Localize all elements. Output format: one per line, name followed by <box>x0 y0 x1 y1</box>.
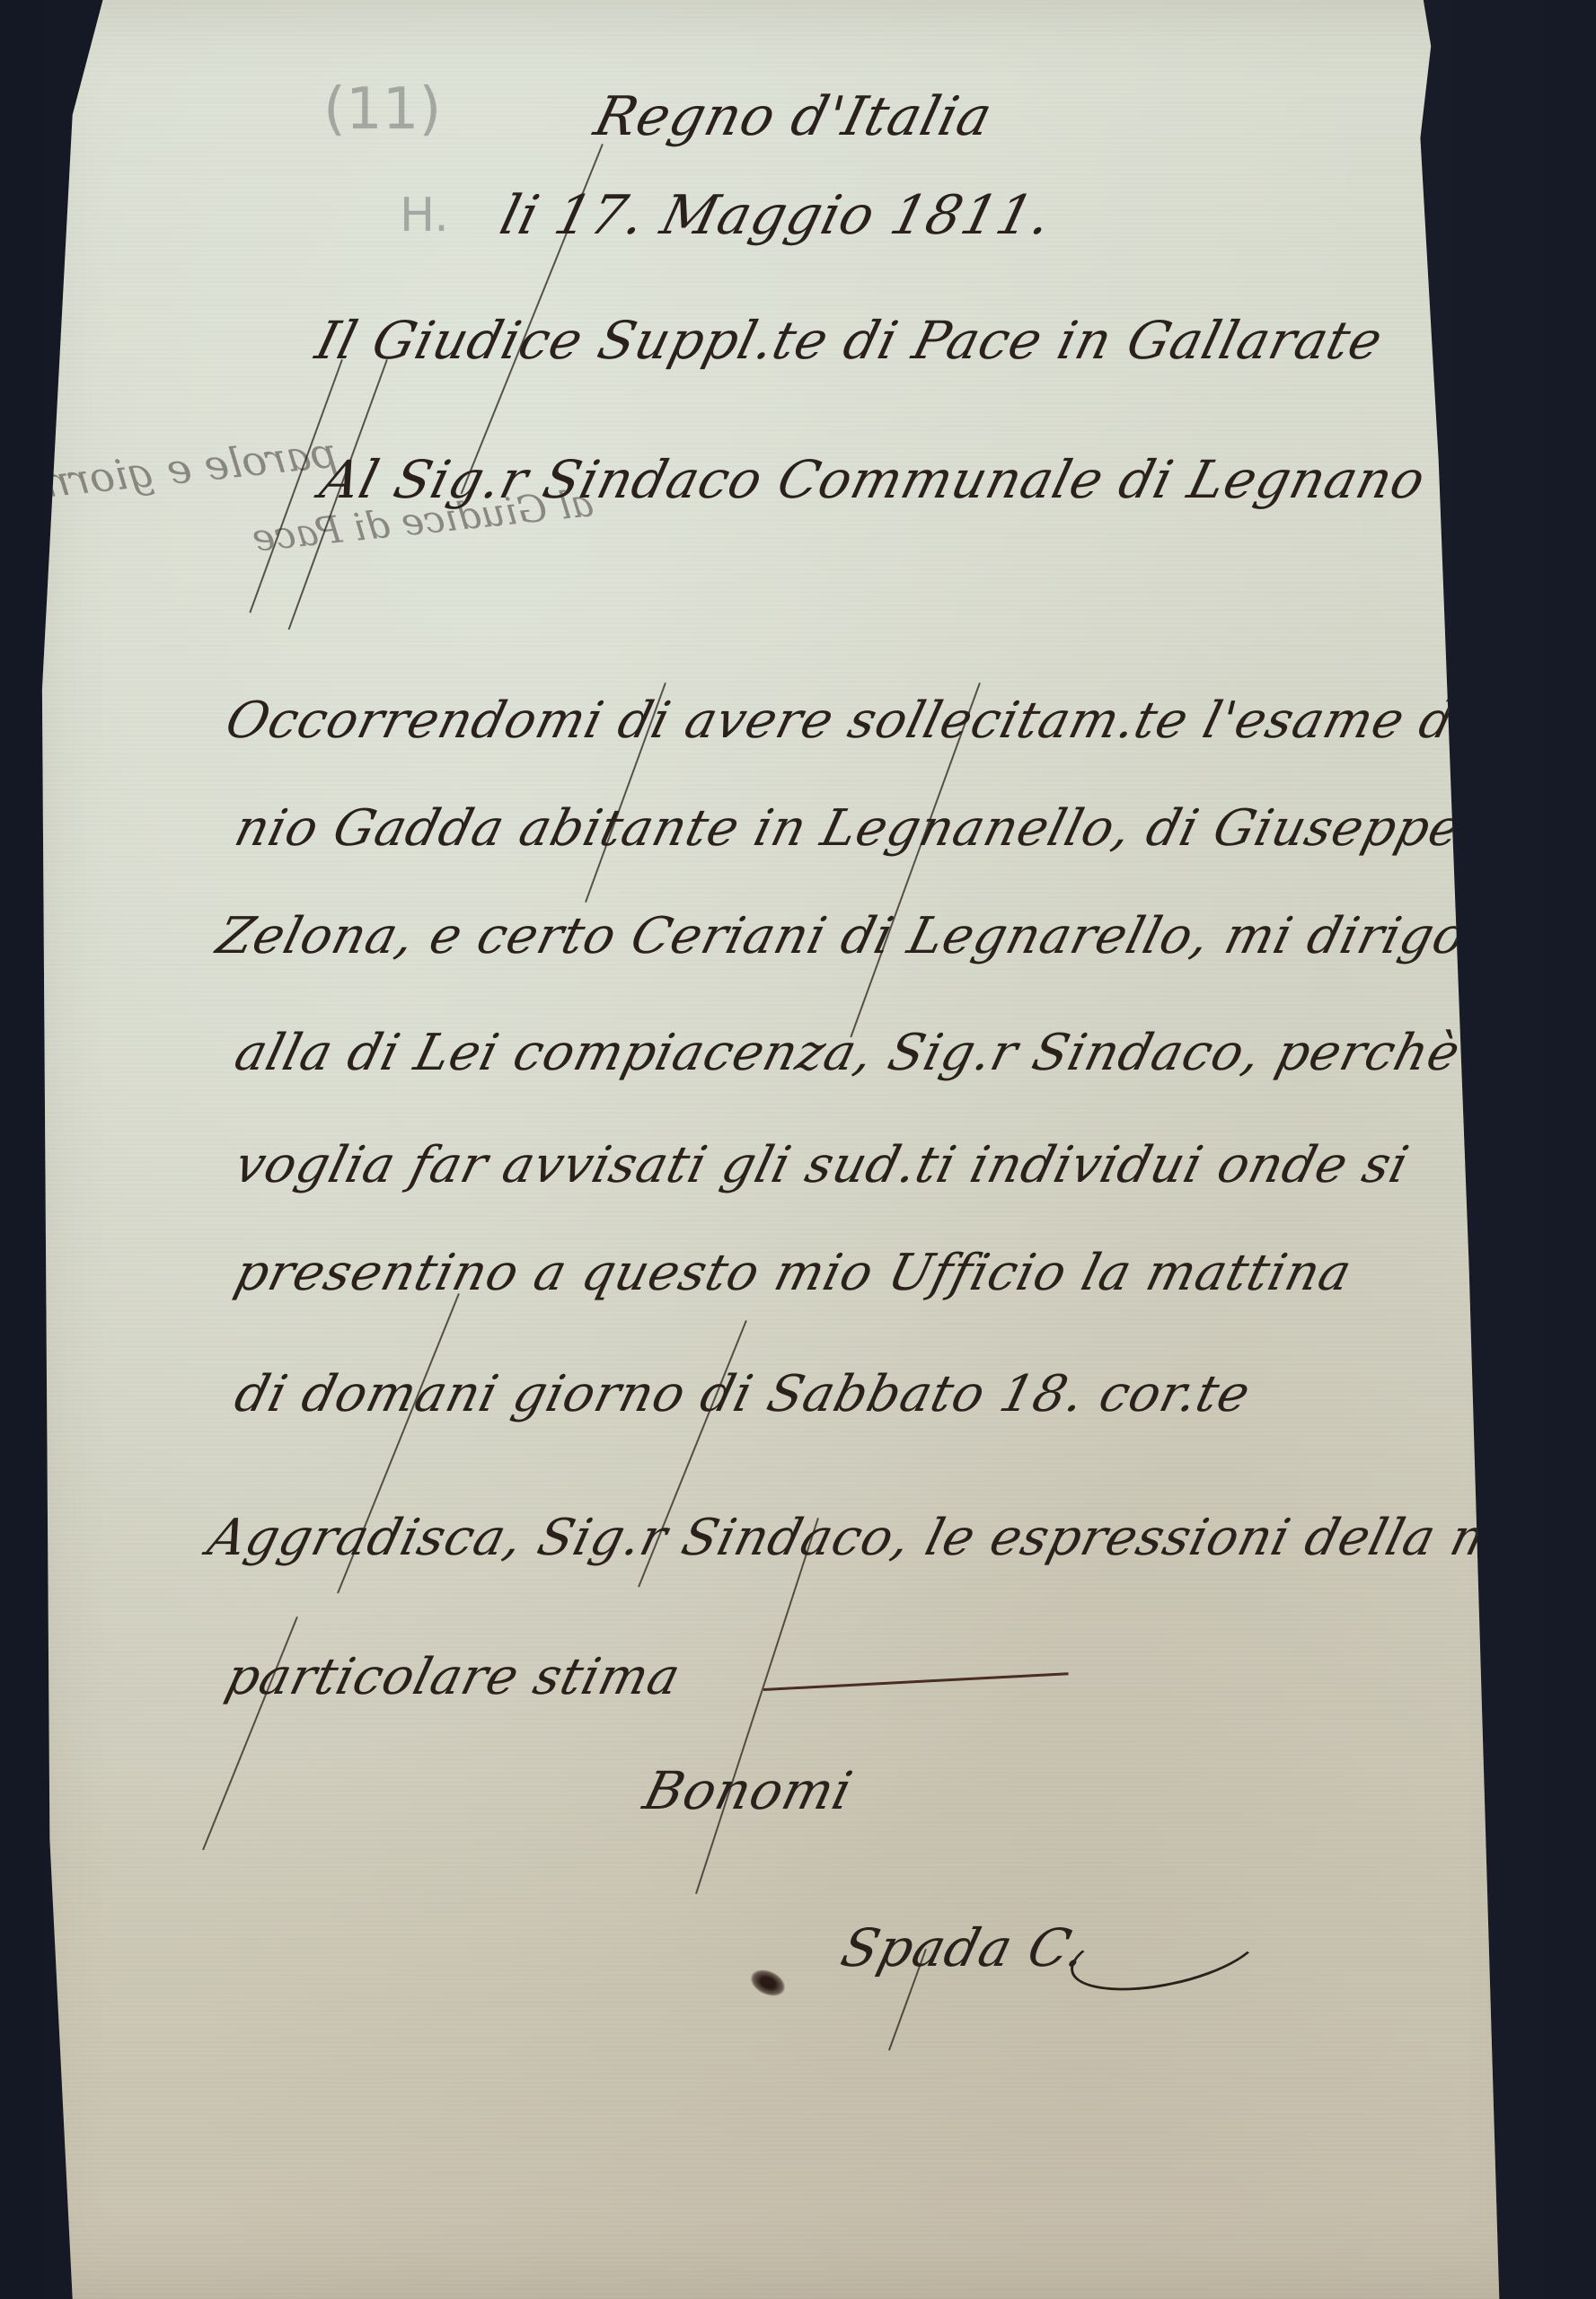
pencil-folio-number: (11) <box>323 76 441 143</box>
letter-date: li 17. Maggio 1811. <box>494 184 1059 247</box>
closing-line: Aggradisca, Sig.r Sindaco, le espression… <box>202 1509 1556 1567</box>
body-line: presentino a questo mio Ufficio la matti… <box>229 1244 1358 1302</box>
body-line: Occorrendomi di avere sollecitam.te l'es… <box>220 691 1596 750</box>
body-line: di domani giorno di Sabbato 18. cor.te <box>229 1365 1257 1423</box>
body-line: Zelona, e certo Ceriani di Legnarello, m… <box>211 907 1472 965</box>
letter-sheet: (11) H. parole e giorno al Giudice di Pa… <box>27 0 1545 2299</box>
ink-blot <box>746 1965 789 2001</box>
signature-paraph <box>1063 1898 1267 2004</box>
sender-line: Il Giudice Suppl.te di Pace in Gallarate <box>310 310 1389 371</box>
body-line: alla di Lei compiacenza, Sig.r Sindaco, … <box>229 1024 1467 1082</box>
body-line: nio Gadda abitante in Legnanello, di Giu… <box>229 799 1468 858</box>
descender-stroke <box>695 1518 819 1894</box>
pencil-mark: H. <box>400 189 449 242</box>
letterhead-state: Regno d'Italia <box>588 85 999 148</box>
closing-flourish <box>763 1672 1069 1691</box>
photo-scene: (11) H. parole e giorno al Giudice di Pa… <box>0 0 1596 2299</box>
body-line: voglia far avvisati gli sud.ti individui… <box>229 1136 1415 1194</box>
signature-judge: Bonomi <box>638 1760 859 1821</box>
recipient-line: Al Sig.r Sindaco Communale di Legnano <box>314 449 1432 510</box>
signature-clerk: Spada C. <box>835 1917 1093 1978</box>
closing-line: particolare stima <box>220 1648 686 1706</box>
